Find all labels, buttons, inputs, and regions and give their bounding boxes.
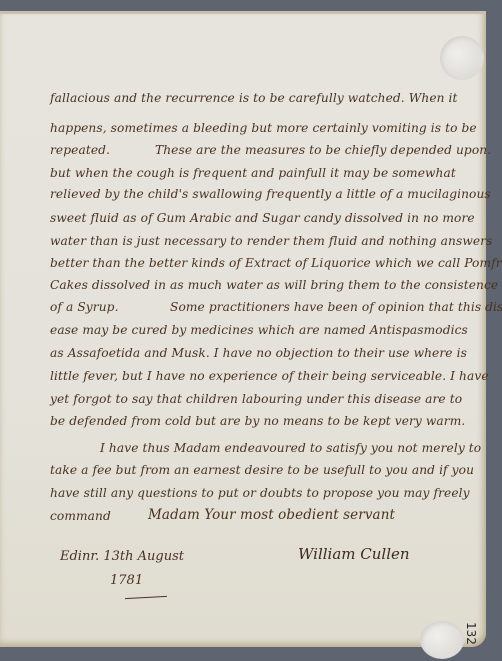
letter-line-21: command: [50, 509, 111, 523]
letter-line-11: of a Syrup.: [50, 300, 119, 314]
folio-number: 132: [464, 622, 478, 645]
letter-line-16: yet forgot to say that children labourin…: [50, 392, 462, 406]
letter-line-6: relieved by the child's swallowing frequ…: [50, 187, 491, 201]
letter-line-15: little fever, but I have no experience o…: [50, 369, 489, 383]
letter-line-12: Some practitioners have been of opinion …: [170, 300, 502, 314]
letter-line-10: Cakes dissolved in as much water as will…: [50, 278, 498, 292]
punch-hole-bottom: [420, 621, 464, 659]
letter-line-7: sweet fluid as of Gum Arabic and Sugar c…: [50, 211, 475, 225]
letter-line-14: as Assafoetida and Musk. I have no objec…: [50, 346, 467, 360]
closing-salutation: Madam Your most obedient servant: [148, 507, 395, 523]
letter-line-4: These are the measures to be chiefly dep…: [155, 143, 491, 157]
letter-line-9: better than the better kinds of Extract …: [50, 256, 502, 270]
letter-line-1: fallacious and the recurrence is to be c…: [50, 91, 458, 105]
letter-line-5: but when the cough is frequent and painf…: [50, 166, 456, 180]
letter-line-13: ease may be cured by medicines which are…: [50, 323, 468, 337]
letter-line-3: repeated.: [50, 143, 110, 157]
letter-line-17: be defended from cold but are by no mean…: [50, 414, 465, 428]
date-year: 1781: [110, 573, 143, 588]
signature: William Cullen: [298, 545, 410, 563]
date-place: Edinr. 13th August: [60, 549, 184, 564]
letter-line-2: happens, sometimes a bleeding but more c…: [50, 121, 477, 135]
letter-line-8: water than is just necessary to render t…: [50, 234, 492, 248]
paper-edge: [0, 11, 486, 14]
letter-line-19: take a fee but from an earnest desire to…: [50, 463, 474, 477]
punch-hole-top: [440, 36, 484, 80]
letter-line-20: have still any questions to put or doubt…: [50, 486, 470, 500]
letter-line-18: I have thus Madam endeavoured to satisfy…: [100, 441, 481, 455]
